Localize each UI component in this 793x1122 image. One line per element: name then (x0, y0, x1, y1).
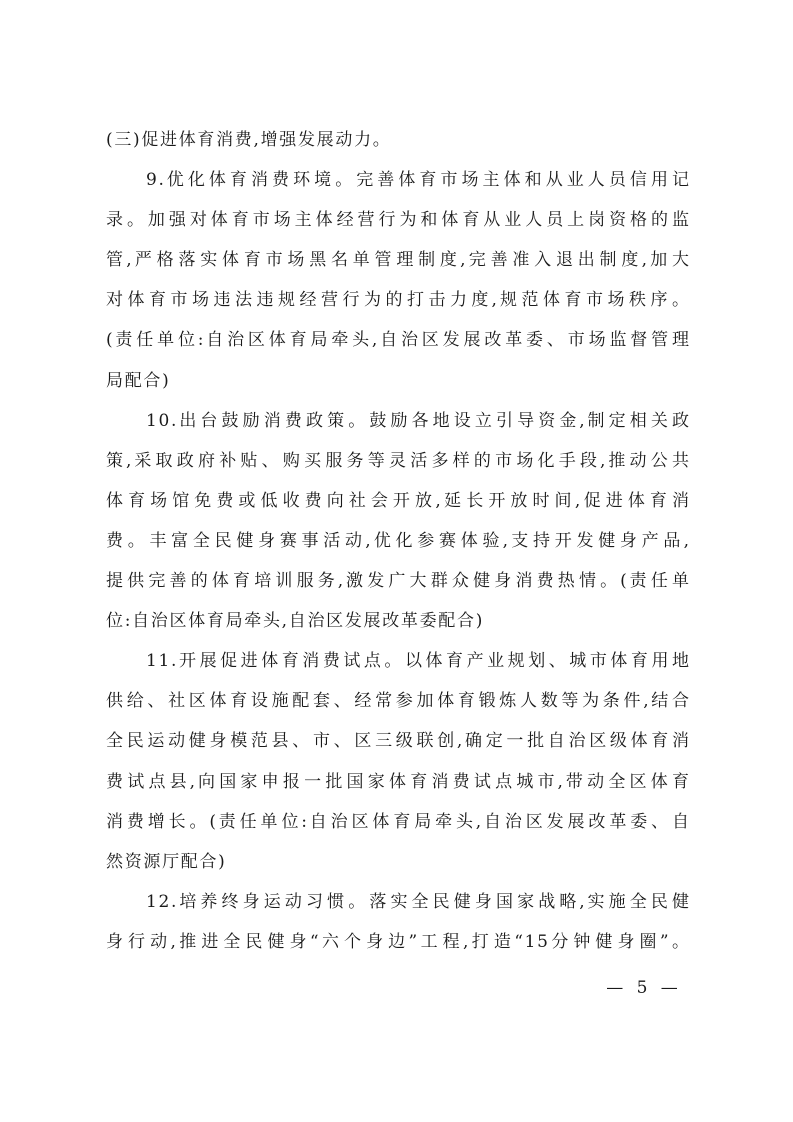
document-page: ( 三 ) 促 进 体 育 消 费 , 增 强 发 展 动 力 。 9 . 优 … (0, 0, 793, 1122)
item-11-line: 全 民 运 动 健 身 模 范 县 、 市 、 区 三 级 联 创 , 确 定 … (106, 725, 689, 765)
section-heading: ( 三 ) 促 进 体 育 消 费 , 增 强 发 展 动 力 。 (106, 124, 689, 164)
item-9-line: 9 . 优 化 体 育 消 费 环 境 。 完 善 体 育 市 场 主 体 和 … (106, 164, 689, 204)
page-number: — 5 — (600, 975, 688, 1001)
item-10-line: 费 。 丰 富 全 民 健 身 赛 事 活 动 , 优 化 参 赛 体 验 , … (106, 525, 689, 565)
item-11-line: 供 给 、 社 区 体 育 设 施 配 套 、 经 常 参 加 体 育 锻 炼 … (106, 685, 689, 725)
item-11-line: 1 1 . 开 展 促 进 体 育 消 费 试 点 。 以 体 育 产 业 规 … (106, 645, 689, 685)
item-12-line: 身 行 动 , 推 进 全 民 健 身 “ 六 个 身 边 ” 工 程 , 打 … (106, 926, 689, 966)
item-9-line: 录 。 加 强 对 体 育 市 场 主 体 经 营 行 为 和 体 育 从 业 … (106, 204, 689, 244)
item-11-line: 消 费 增 长 。 ( 责 任 单 位 : 自 治 区 体 育 局 牵 头 , … (106, 806, 689, 846)
item-10-line: 1 0 . 出 台 鼓 励 消 费 政 策 。 鼓 励 各 地 设 立 引 导 … (106, 405, 689, 445)
item-9-line: 局 配 合 ) (106, 365, 689, 405)
item-12-line: 1 2 . 培 养 终 身 运 动 习 惯 。 落 实 全 民 健 身 国 家 … (106, 886, 689, 926)
item-11-line: 费 试 点 县 , 向 国 家 申 报 一 批 国 家 体 育 消 费 试 点 … (106, 766, 689, 806)
body-text: ( 三 ) 促 进 体 育 消 费 , 增 强 发 展 动 力 。 9 . 优 … (106, 124, 689, 966)
item-10-line: 位 : 自 治 区 体 育 局 牵 头 , 自 治 区 发 展 改 革 委 配 … (106, 605, 689, 645)
item-10-line: 策 , 采 取 政 府 补 贴 、 购 买 服 务 等 灵 活 多 样 的 市 … (106, 445, 689, 485)
item-9-line: ( 责 任 单 位 : 自 治 区 体 育 局 牵 头 , 自 治 区 发 展 … (106, 324, 689, 364)
item-11-line: 然 资 源 厅 配 合 ) (106, 846, 689, 886)
item-10-line: 提 供 完 善 的 体 育 培 训 服 务 , 激 发 广 大 群 众 健 身 … (106, 565, 689, 605)
item-10-line: 体 育 场 馆 免 费 或 低 收 费 向 社 会 开 放 , 延 长 开 放 … (106, 485, 689, 525)
item-9-line: 对 体 育 市 场 违 法 违 规 经 营 行 为 的 打 击 力 度 , 规 … (106, 284, 689, 324)
item-9-line: 管 , 严 格 落 实 体 育 市 场 黑 名 单 管 理 制 度 , 完 善 … (106, 244, 689, 284)
